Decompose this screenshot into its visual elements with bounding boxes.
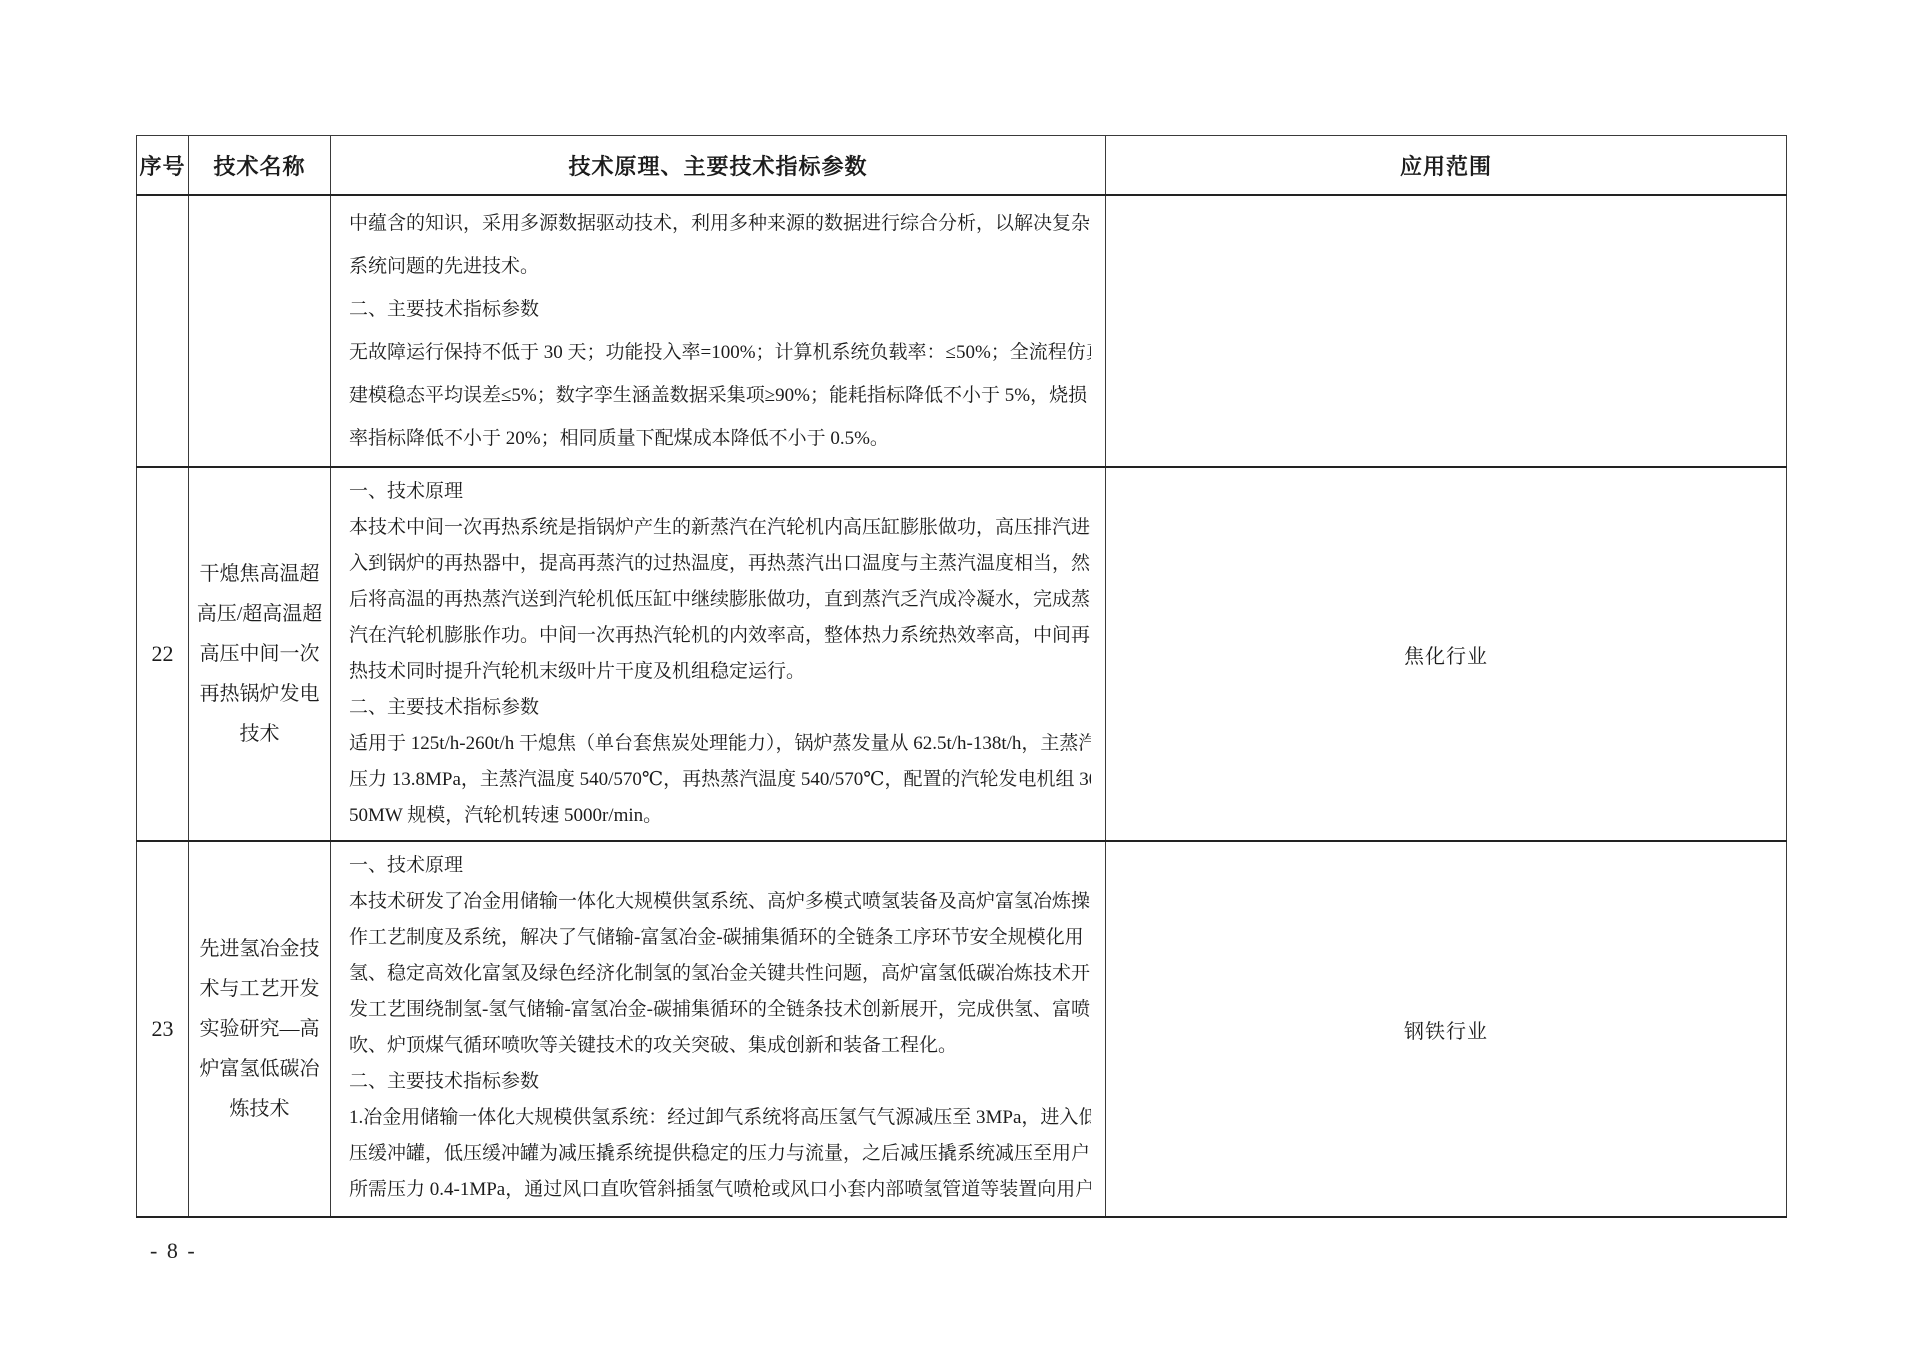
text-line: 术与工艺开发	[189, 969, 330, 1009]
text-line: 压缓冲罐，低压缓冲罐为减压撬系统提供稳定的压力与流量，之后减压撬系统减压至用户	[349, 1136, 1091, 1172]
header-tech-principle: 技术原理、主要技术指标参数	[331, 136, 1106, 196]
text-line: 所需压力 0.4-1MPa，通过风口直吹管斜插氢气喷枪或风口小套内部喷氢管道等装…	[349, 1172, 1091, 1208]
text-line: 汽在汽轮机膨胀作功。中间一次再热汽轮机的内效率高，整体热力系统热效率高，中间再	[349, 618, 1091, 654]
text-line: 本技术中间一次再热系统是指锅炉产生的新蒸汽在汽轮机内高压缸膨胀做功，高压排汽进	[349, 510, 1091, 546]
header-tech-name: 技术名称	[189, 136, 331, 196]
text-line: 热技术同时提升汽轮机末级叶片干度及机组稳定运行。	[349, 654, 1091, 690]
tech-name-cell	[189, 195, 331, 467]
page-number: - 8 -	[150, 1238, 197, 1264]
text-line: 1.冶金用储输一体化大规模供氢系统：经过卸气系统将高压氢气气源减压至 3MPa，…	[349, 1100, 1091, 1136]
text-line: 压力 13.8MPa，主蒸汽温度 540/570℃，再热蒸汽温度 540/570…	[349, 762, 1091, 798]
table-row-continuation: 中蕴含的知识，采用多源数据驱动技术，利用多种来源的数据进行综合分析，以解决复杂系…	[137, 195, 1787, 467]
text-line: 中蕴含的知识，采用多源数据驱动技术，利用多种来源的数据进行综合分析，以解决复杂	[349, 202, 1091, 245]
application-scope-cell: 焦化行业	[1106, 467, 1787, 841]
text-line: 干熄焦高温超	[189, 554, 330, 594]
text-line: 技术	[189, 714, 330, 754]
text-line: 入到锅炉的再热器中，提高再蒸汽的过热温度，再热蒸汽出口温度与主蒸汽温度相当，然	[349, 546, 1091, 582]
application-scope-cell: 钢铁行业	[1106, 841, 1787, 1217]
text-line: 系统问题的先进技术。	[349, 245, 1091, 288]
tech-principle-cell: 中蕴含的知识，采用多源数据驱动技术，利用多种来源的数据进行综合分析，以解决复杂系…	[331, 195, 1106, 467]
tech-name-cell: 先进氢冶金技术与工艺开发实验研究—高炉富氢低碳冶炼技术	[189, 841, 331, 1217]
text-line: 适用于 125t/h-260t/h 干熄焦（单台套焦炭处理能力），锅炉蒸发量从 …	[349, 726, 1091, 762]
text-line: 炼技术	[189, 1089, 330, 1129]
technology-table: 序号 技术名称 技术原理、主要技术指标参数 应用范围 中蕴含的知识，采用多源数据…	[136, 135, 1787, 1218]
application-scope-cell	[1106, 195, 1787, 467]
text-line: 先进氢冶金技	[189, 929, 330, 969]
text-line: 二、主要技术指标参数	[349, 1064, 1091, 1100]
text-line: 吹、炉顶煤气循环喷吹等关键技术的攻关突破、集成创新和装备工程化。	[349, 1028, 1091, 1064]
text-line: 二、主要技术指标参数	[349, 690, 1091, 726]
text-line: 二、主要技术指标参数	[349, 288, 1091, 331]
text-line: 一、技术原理	[349, 474, 1091, 510]
text-line: 高压中间一次	[189, 634, 330, 674]
text-line: 本技术研发了冶金用储输一体化大规模供氢系统、高炉多模式喷氢装备及高炉富氢冶炼操	[349, 884, 1091, 920]
row-index	[137, 195, 189, 467]
text-line: 发工艺围绕制氢-氢气储输-富氢冶金-碳捕集循环的全链条技术创新展开，完成供氢、富…	[349, 992, 1091, 1028]
header-application-scope: 应用范围	[1106, 136, 1787, 196]
text-line: 率指标降低不小于 20%；相同质量下配煤成本降低不小于 0.5%。	[349, 417, 1091, 460]
tech-name-cell: 干熄焦高温超高压/超高温超高压中间一次再热锅炉发电技术	[189, 467, 331, 841]
text-line: 再热锅炉发电	[189, 674, 330, 714]
text-line: 实验研究—高	[189, 1009, 330, 1049]
text-line: 作工艺制度及系统，解决了气储输-富氢冶金-碳捕集循环的全链条工序环节安全规模化用	[349, 920, 1091, 956]
table-row-23: 23 先进氢冶金技术与工艺开发实验研究—高炉富氢低碳冶炼技术 一、技术原理本技术…	[137, 841, 1787, 1217]
text-line: 炉富氢低碳冶	[189, 1049, 330, 1089]
text-line: 后将高温的再热蒸汽送到汽轮机低压缸中继续膨胀做功，直到蒸汽乏汽成冷凝水，完成蒸	[349, 582, 1091, 618]
tech-principle-cell: 一、技术原理本技术研发了冶金用储输一体化大规模供氢系统、高炉多模式喷氢装备及高炉…	[331, 841, 1106, 1217]
row-index: 23	[137, 841, 189, 1217]
table-header-row: 序号 技术名称 技术原理、主要技术指标参数 应用范围	[137, 136, 1787, 196]
text-line: 无故障运行保持不低于 30 天；功能投入率=100%；计算机系统负载率：≤50%…	[349, 331, 1091, 374]
text-line: 高压/超高温超	[189, 594, 330, 634]
text-line: 氢、稳定高效化富氢及绿色经济化制氢的氢冶金关键共性问题，高炉富氢低碳冶炼技术开	[349, 956, 1091, 992]
header-index: 序号	[137, 136, 189, 196]
row-index: 22	[137, 467, 189, 841]
text-line: 一、技术原理	[349, 848, 1091, 884]
text-line: 建模稳态平均误差≤5%；数字孪生涵盖数据采集项≥90%；能耗指标降低不小于 5%…	[349, 374, 1091, 417]
tech-principle-cell: 一、技术原理本技术中间一次再热系统是指锅炉产生的新蒸汽在汽轮机内高压缸膨胀做功，…	[331, 467, 1106, 841]
text-line: 50MW 规模，汽轮机转速 5000r/min。	[349, 798, 1091, 834]
table-row-22: 22 干熄焦高温超高压/超高温超高压中间一次再热锅炉发电技术 一、技术原理本技术…	[137, 467, 1787, 841]
